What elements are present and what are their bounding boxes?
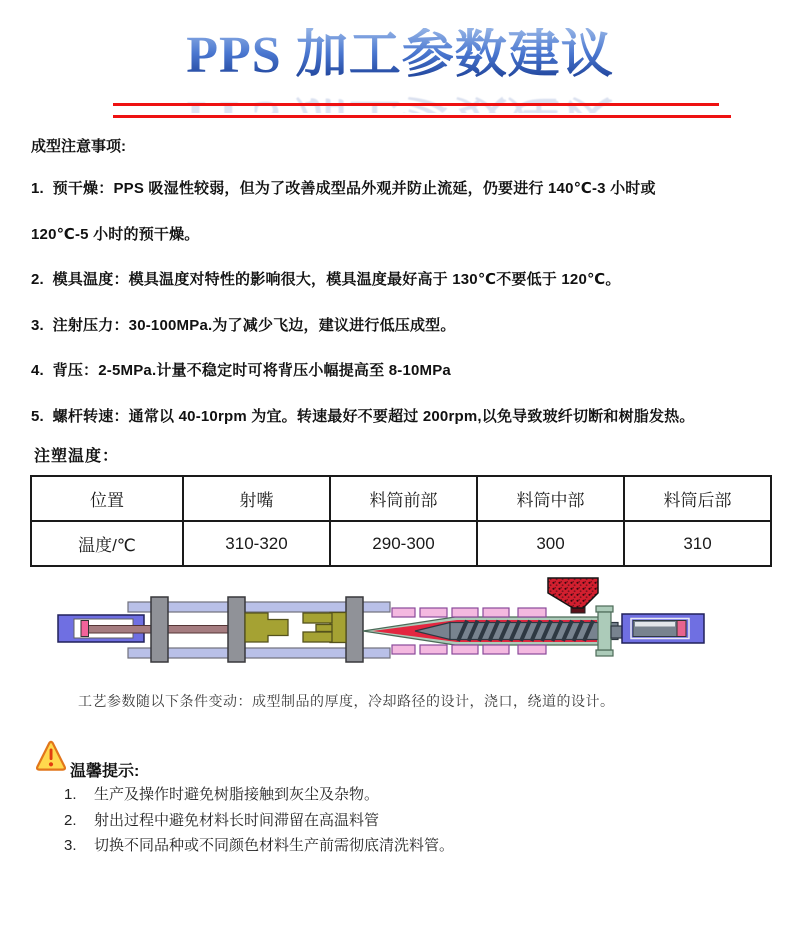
injection-molding-machine-diagram — [0, 575, 800, 675]
tips-heading: 温馨提示: — [70, 758, 139, 781]
note-line-5: 5. 螺杆转速：通常以 40-10rpm 为宜。转速最好不要超过 200rpm,… — [31, 405, 776, 426]
table-value-row: 温度/℃ 310-320 290-300 300 310 — [31, 521, 771, 566]
notes-list: 1. 预干燥：PPS 吸湿性较弱，但为了改善成型品外观并防止流延，仍要进行 14… — [31, 177, 776, 450]
table-cell-temp-label: 温度/℃ — [31, 521, 183, 566]
note-line-3: 3. 注射压力：30-100MPa.为了减少飞边，建议进行低压成型。 — [31, 314, 776, 335]
title-reflection: PPS 加工参数建议 — [0, 90, 800, 113]
tip-number: 1. — [64, 785, 94, 804]
table-header-barrel-middle: 料筒中部 — [477, 476, 624, 521]
diagram-caption: 工艺参数随以下条件变动：成型制品的厚度，冷却路径的设计，浇口，绕道的设计。 — [78, 691, 615, 711]
injection-cylinder-right — [622, 614, 704, 643]
table-cell-front-temp: 290-300 — [330, 521, 477, 566]
tip-item-1: 1. 生产及操作时避免树脂接触到灰尘及杂物。 — [64, 785, 454, 804]
tip-text: 生产及操作时避免树脂接触到灰尘及杂物。 — [94, 785, 379, 804]
page-title: PPS 加工参数建议 — [0, 28, 800, 84]
table-cell-rear-temp: 310 — [624, 521, 771, 566]
temperature-heading: 注塑温度： — [34, 443, 119, 466]
tip-number: 2. — [64, 811, 94, 830]
clamp-piston-pink — [81, 621, 89, 637]
table-header-nozzle: 射嘴 — [183, 476, 330, 521]
notes-heading: 成型注意事项: — [31, 135, 126, 156]
hopper — [548, 578, 598, 613]
table-header-barrel-front: 料筒前部 — [330, 476, 477, 521]
table-cell-nozzle-temp: 310-320 — [183, 521, 330, 566]
table-cell-middle-temp: 300 — [477, 521, 624, 566]
note-line-1: 1. 预干燥：PPS 吸湿性较弱，但为了改善成型品外观并防止流延，仍要进行 14… — [31, 177, 776, 198]
title-reflection-text: PPS 加工参数建议 — [0, 90, 800, 113]
tip-item-3: 3. 切换不同品种或不同颜色材料生产前需彻底清洗料管。 — [64, 836, 454, 855]
temperature-table: 位置 射嘴 料筒前部 料筒中部 料筒后部 温度/℃ 310-320 290-30… — [30, 475, 772, 567]
title-underline-2 — [113, 115, 731, 118]
table-header-position: 位置 — [31, 476, 183, 521]
table-header-barrel-rear: 料筒后部 — [624, 476, 771, 521]
tip-item-2: 2. 射出过程中避免材料长时间滞留在高温料管 — [64, 811, 454, 830]
note-line-4: 4. 背压：2-5MPa.计量不稳定时可将背压小幅提高至 8-10MPa — [31, 359, 776, 380]
table-header-row: 位置 射嘴 料筒前部 料筒中部 料筒后部 — [31, 476, 771, 521]
tip-number: 3. — [64, 836, 94, 855]
tips-list: 1. 生产及操作时避免树脂接触到灰尘及杂物。 2. 射出过程中避免材料长时间滞留… — [64, 785, 454, 862]
title-underline-1 — [113, 103, 719, 106]
tip-text: 切换不同品种或不同颜色材料生产前需彻底清洗料管。 — [94, 836, 454, 855]
warning-triangle-icon — [34, 739, 68, 773]
note-line-2: 2. 模具温度：模具温度对特性的影响很大，模具温度最好高于 130℃不要低于 1… — [31, 268, 776, 289]
tip-text: 射出过程中避免材料长时间滞留在高温料管 — [94, 811, 379, 830]
mold-halves — [245, 613, 346, 643]
note-line-1b: 120℃-5 小时的预干燥。 — [31, 223, 776, 244]
